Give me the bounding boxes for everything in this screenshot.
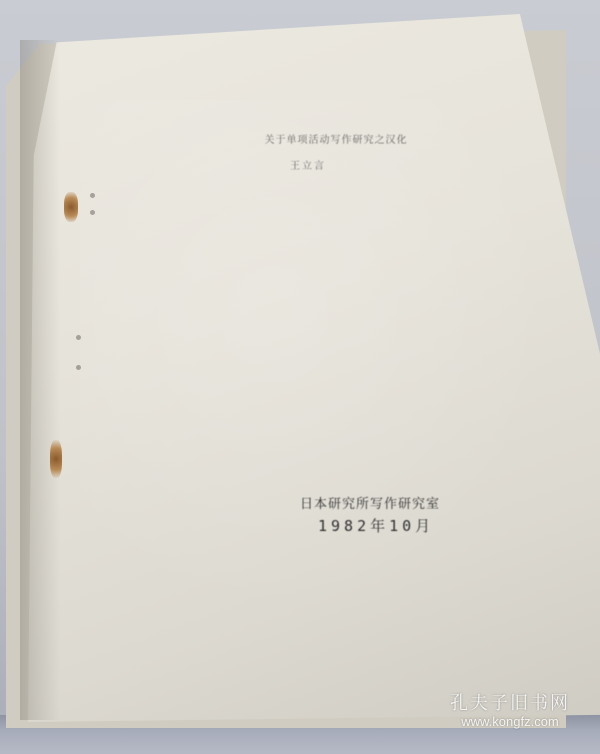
document-author: 王立言 [278,157,338,172]
watermark-url: www.kongfz.com [450,714,570,730]
page-shadow [20,40,60,720]
binding-hole [90,210,95,215]
binding-hole [90,193,95,198]
watermark: 孔夫子旧书网 www.kongfz.com [450,694,570,730]
page-highlight [80,100,560,620]
watermark-site-name: 孔夫子旧书网 [450,694,570,714]
document-title: 关于单项活动写作研究之汉化 [246,131,426,146]
document-institution: 日本研究所写作研究室 [300,493,440,512]
binding-hole [76,335,81,340]
binding-hole [76,365,81,370]
document-date: 1982年10月 [318,515,434,536]
staple-rust-stain [64,192,78,222]
staple-rust-stain [50,440,62,478]
